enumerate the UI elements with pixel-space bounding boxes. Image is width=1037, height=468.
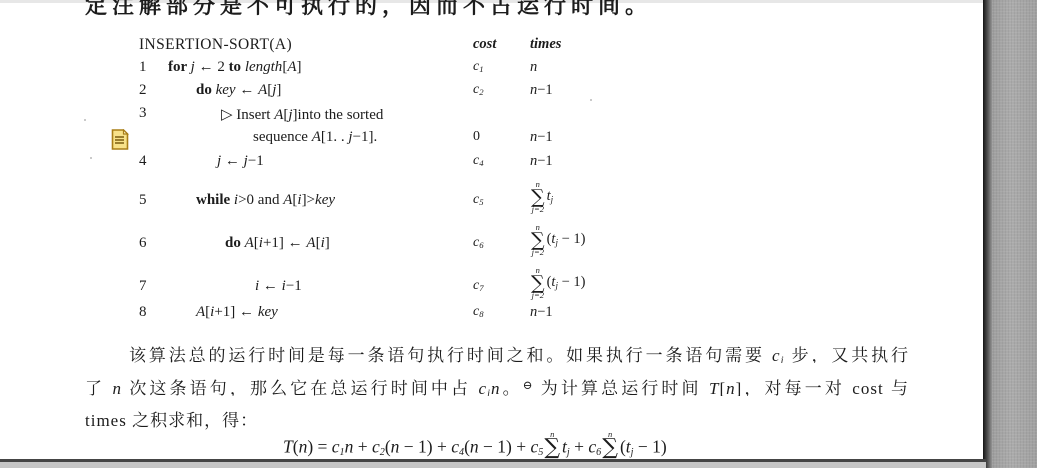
- summation-symbol: n∑j=2: [531, 181, 545, 213]
- code-text: i ← i−1: [255, 278, 302, 295]
- line-number: 2: [139, 82, 147, 99]
- code-text: while i>0 and A[i]>key: [196, 192, 335, 209]
- code-text: do key ← A[j]: [196, 82, 281, 99]
- cost-value: c6: [473, 235, 484, 251]
- page-edge-shadow: [983, 0, 992, 468]
- code-text: do A[i+1] ← A[i]: [225, 235, 330, 252]
- cost-value: c7: [473, 278, 484, 294]
- line-number: 1: [139, 59, 147, 76]
- times-value: n∑j=2tj: [530, 181, 553, 213]
- code-text: ▷ Insert A[j]into the sorted: [221, 105, 383, 124]
- line-number: 3: [139, 105, 147, 122]
- cost-value: c4: [473, 153, 484, 169]
- note-annotation-icon[interactable]: [111, 129, 129, 150]
- scan-speck: [84, 119, 86, 121]
- book-page: 定注解部分是不可执行的，因而不占运行时间。 INSERTION-SORT(A) …: [0, 0, 983, 468]
- algorithm-title: INSERTION-SORT(A): [139, 36, 292, 54]
- cost-value: 0: [473, 129, 480, 145]
- cost-value: c1: [473, 59, 484, 75]
- cost-column-header: cost: [473, 36, 496, 53]
- times-value: n: [530, 59, 537, 76]
- cost-value: c5: [473, 192, 484, 208]
- line-number: 7: [139, 278, 147, 295]
- cost-value: c8: [473, 304, 484, 320]
- body-paragraph-line-3: times 之积求和，得：: [85, 406, 909, 431]
- line-number: 5: [139, 192, 147, 209]
- times-column-header: times: [530, 36, 561, 53]
- line-number: 4: [139, 153, 147, 170]
- code-text: j ← j−1: [217, 153, 264, 170]
- summation-symbol: n∑j=2: [531, 224, 545, 256]
- code-text: sequence A[1. . j−1].: [253, 129, 377, 146]
- times-value: n∑j=2(tj − 1): [530, 224, 585, 256]
- line-number: 6: [139, 235, 147, 252]
- body-paragraph-line-2: 了 n 次这条语句，那么它在总运行时间中占 cin。⊖ 为计算总运行时间 T[n…: [85, 374, 909, 396]
- scan-background-strip: [990, 0, 1037, 468]
- window-bottom-strip: [0, 462, 986, 468]
- summation-symbol: n∑j=2: [531, 267, 545, 299]
- times-value: n−1: [530, 153, 553, 170]
- cost-value: c2: [473, 82, 484, 98]
- times-value: n−1: [530, 129, 553, 146]
- times-value: n−1: [530, 304, 553, 321]
- times-value: n−1: [530, 82, 553, 99]
- code-text: for j ← 2 to length[A]: [168, 59, 301, 76]
- scan-speck: [90, 157, 92, 159]
- scan-speck: [590, 99, 592, 101]
- body-paragraph-line-1: 该算法总的运行时间是每一条语句执行时间之和。如果执行一条语句需要 ci 步，又共…: [85, 341, 909, 363]
- top-text-line: 定注解部分是不可执行的，因而不占运行时间。: [85, 0, 652, 20]
- line-number: 8: [139, 304, 147, 321]
- times-value: n∑j=2(tj − 1): [530, 267, 585, 299]
- code-text: A[i+1] ← key: [196, 304, 278, 321]
